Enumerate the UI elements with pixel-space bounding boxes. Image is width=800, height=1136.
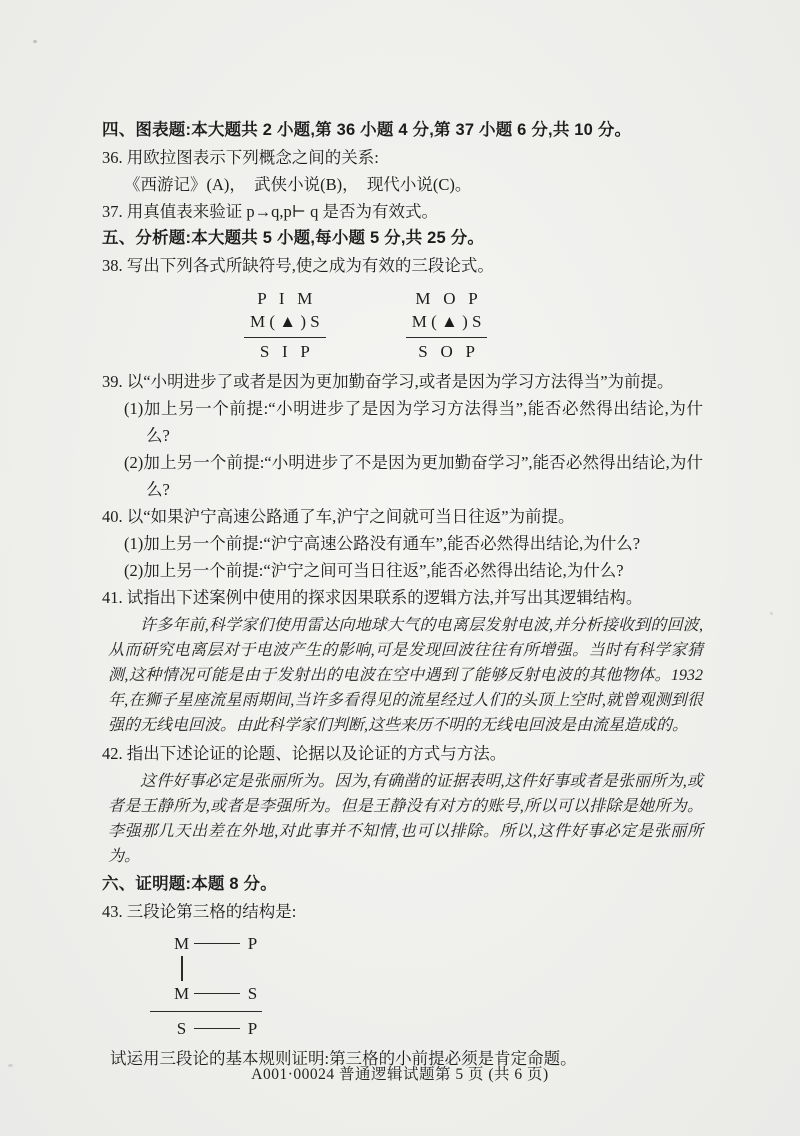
question-39-sub2: (2)加上另一个前提:“小明进步了不是因为更加勤奋学习”,能否必然得出结论,为什… [102,449,703,503]
connector-line [194,943,240,945]
question-40-sub2: (2)加上另一个前提:“沪宁之间可当日往返”,能否必然得出结论,为什么? [102,557,703,584]
diagram-row-conclusion: S P [174,1016,703,1041]
connector-line [194,1028,240,1030]
exam-page: 四、图表题:本大题共 2 小题,第 36 小题 4 分,第 37 小题 6 分,… [0,0,800,1136]
figure1-premise2: M ( ▲ ) S [250,310,320,333]
question-43-stem: 43. 三段论第三格的结构是: [102,898,703,925]
inference-line [150,1011,262,1012]
page-footer: A001·00024 普通逻辑试题第 5 页 (共 6 页) [0,1062,800,1084]
question-36-stem: 36. 用欧拉图表示下列概念之间的关系: [102,144,703,171]
figure2-premise2: M ( ▲ ) S [412,310,482,333]
question-37-stem: 37. 用真值表来验证 p→q,p⊢ q 是否为有效式。 [102,198,703,225]
figure1-premise1: P I M [250,287,320,310]
term-subject-2: S [174,1015,189,1042]
question-39-stem: 39. 以“小明进步了或者是因为更加勤奋学习,或者是因为学习方法得当”为前提。 [102,368,703,395]
figure2-conclusion: S O P [412,340,482,363]
question-42-passage: 这件好事必定是张丽所为。因为,有确凿的证据表明,这件好事或者是张丽所为,或者是王… [108,769,703,869]
question-39-sub1: (1)加上另一个前提:“小明进步了是因为学习方法得当”,能否必然得出结论,为什么… [102,395,703,449]
syllogism-figure-1: P I M M ( ▲ ) S S I P [250,287,320,363]
question-42-stem: 42. 指出下述论证的论题、论据以及论证的方式与方法。 [102,740,703,767]
question-40-stem: 40. 以“如果沪宁高速公路通了车,沪宁之间就可当日往返”为前提。 [102,503,703,530]
syllogism-figures: P I M M ( ▲ ) S S I P M O P M ( ▲ ) S S … [250,287,703,363]
scan-speckle [33,40,37,43]
third-figure-diagram: M P M S S P [174,931,703,1041]
question-40-sub1: (1)加上另一个前提:“沪宁高速公路没有通车”,能否必然得出结论,为什么? [102,530,703,557]
figure2-inference-line [406,337,488,338]
term-predicate-1: P [245,930,260,957]
question-41-stem: 41. 试指出下述案例中使用的探求因果联系的逻辑方法,并写出其逻辑结构。 [102,584,703,611]
term-middle-1: M [174,930,189,957]
section-5-heading: 五、分析题:本大题共 5 小题,每小题 5 分,共 25 分。 [102,225,703,252]
diagram-row-major-premise: M P [174,931,703,956]
syllogism-figure-2: M O P M ( ▲ ) S S O P [412,287,482,363]
question-36-concepts: 《西游记》(A)， 武侠小说(B)， 现代小说(C)。 [124,171,703,198]
figure2-premise1: M O P [412,287,482,310]
question-41-passage: 许多年前,科学家们使用雷达向地球大气的电离层发射电波,并分析接收到的回波,从而研… [108,613,703,738]
question-38-stem: 38. 写出下列各式所缺符号,使之成为有效的三段论式。 [102,252,703,279]
term-middle-2: M [174,980,189,1007]
term-subject-1: S [245,980,260,1007]
figure1-inference-line [244,337,326,338]
scan-speckle [770,612,773,615]
section-6-heading: 六、证明题:本题 8 分。 [102,871,703,898]
section-4-heading: 四、图表题:本大题共 2 小题,第 36 小题 4 分,第 37 小题 6 分,… [102,117,703,144]
exam-content: 四、图表题:本大题共 2 小题,第 36 小题 4 分,第 37 小题 6 分,… [102,117,703,1072]
diagram-row-minor-premise: M S [174,981,703,1006]
term-predicate-2: P [245,1015,260,1042]
middle-term-connector [181,956,183,981]
connector-line [194,993,240,995]
figure1-conclusion: S I P [250,340,320,363]
